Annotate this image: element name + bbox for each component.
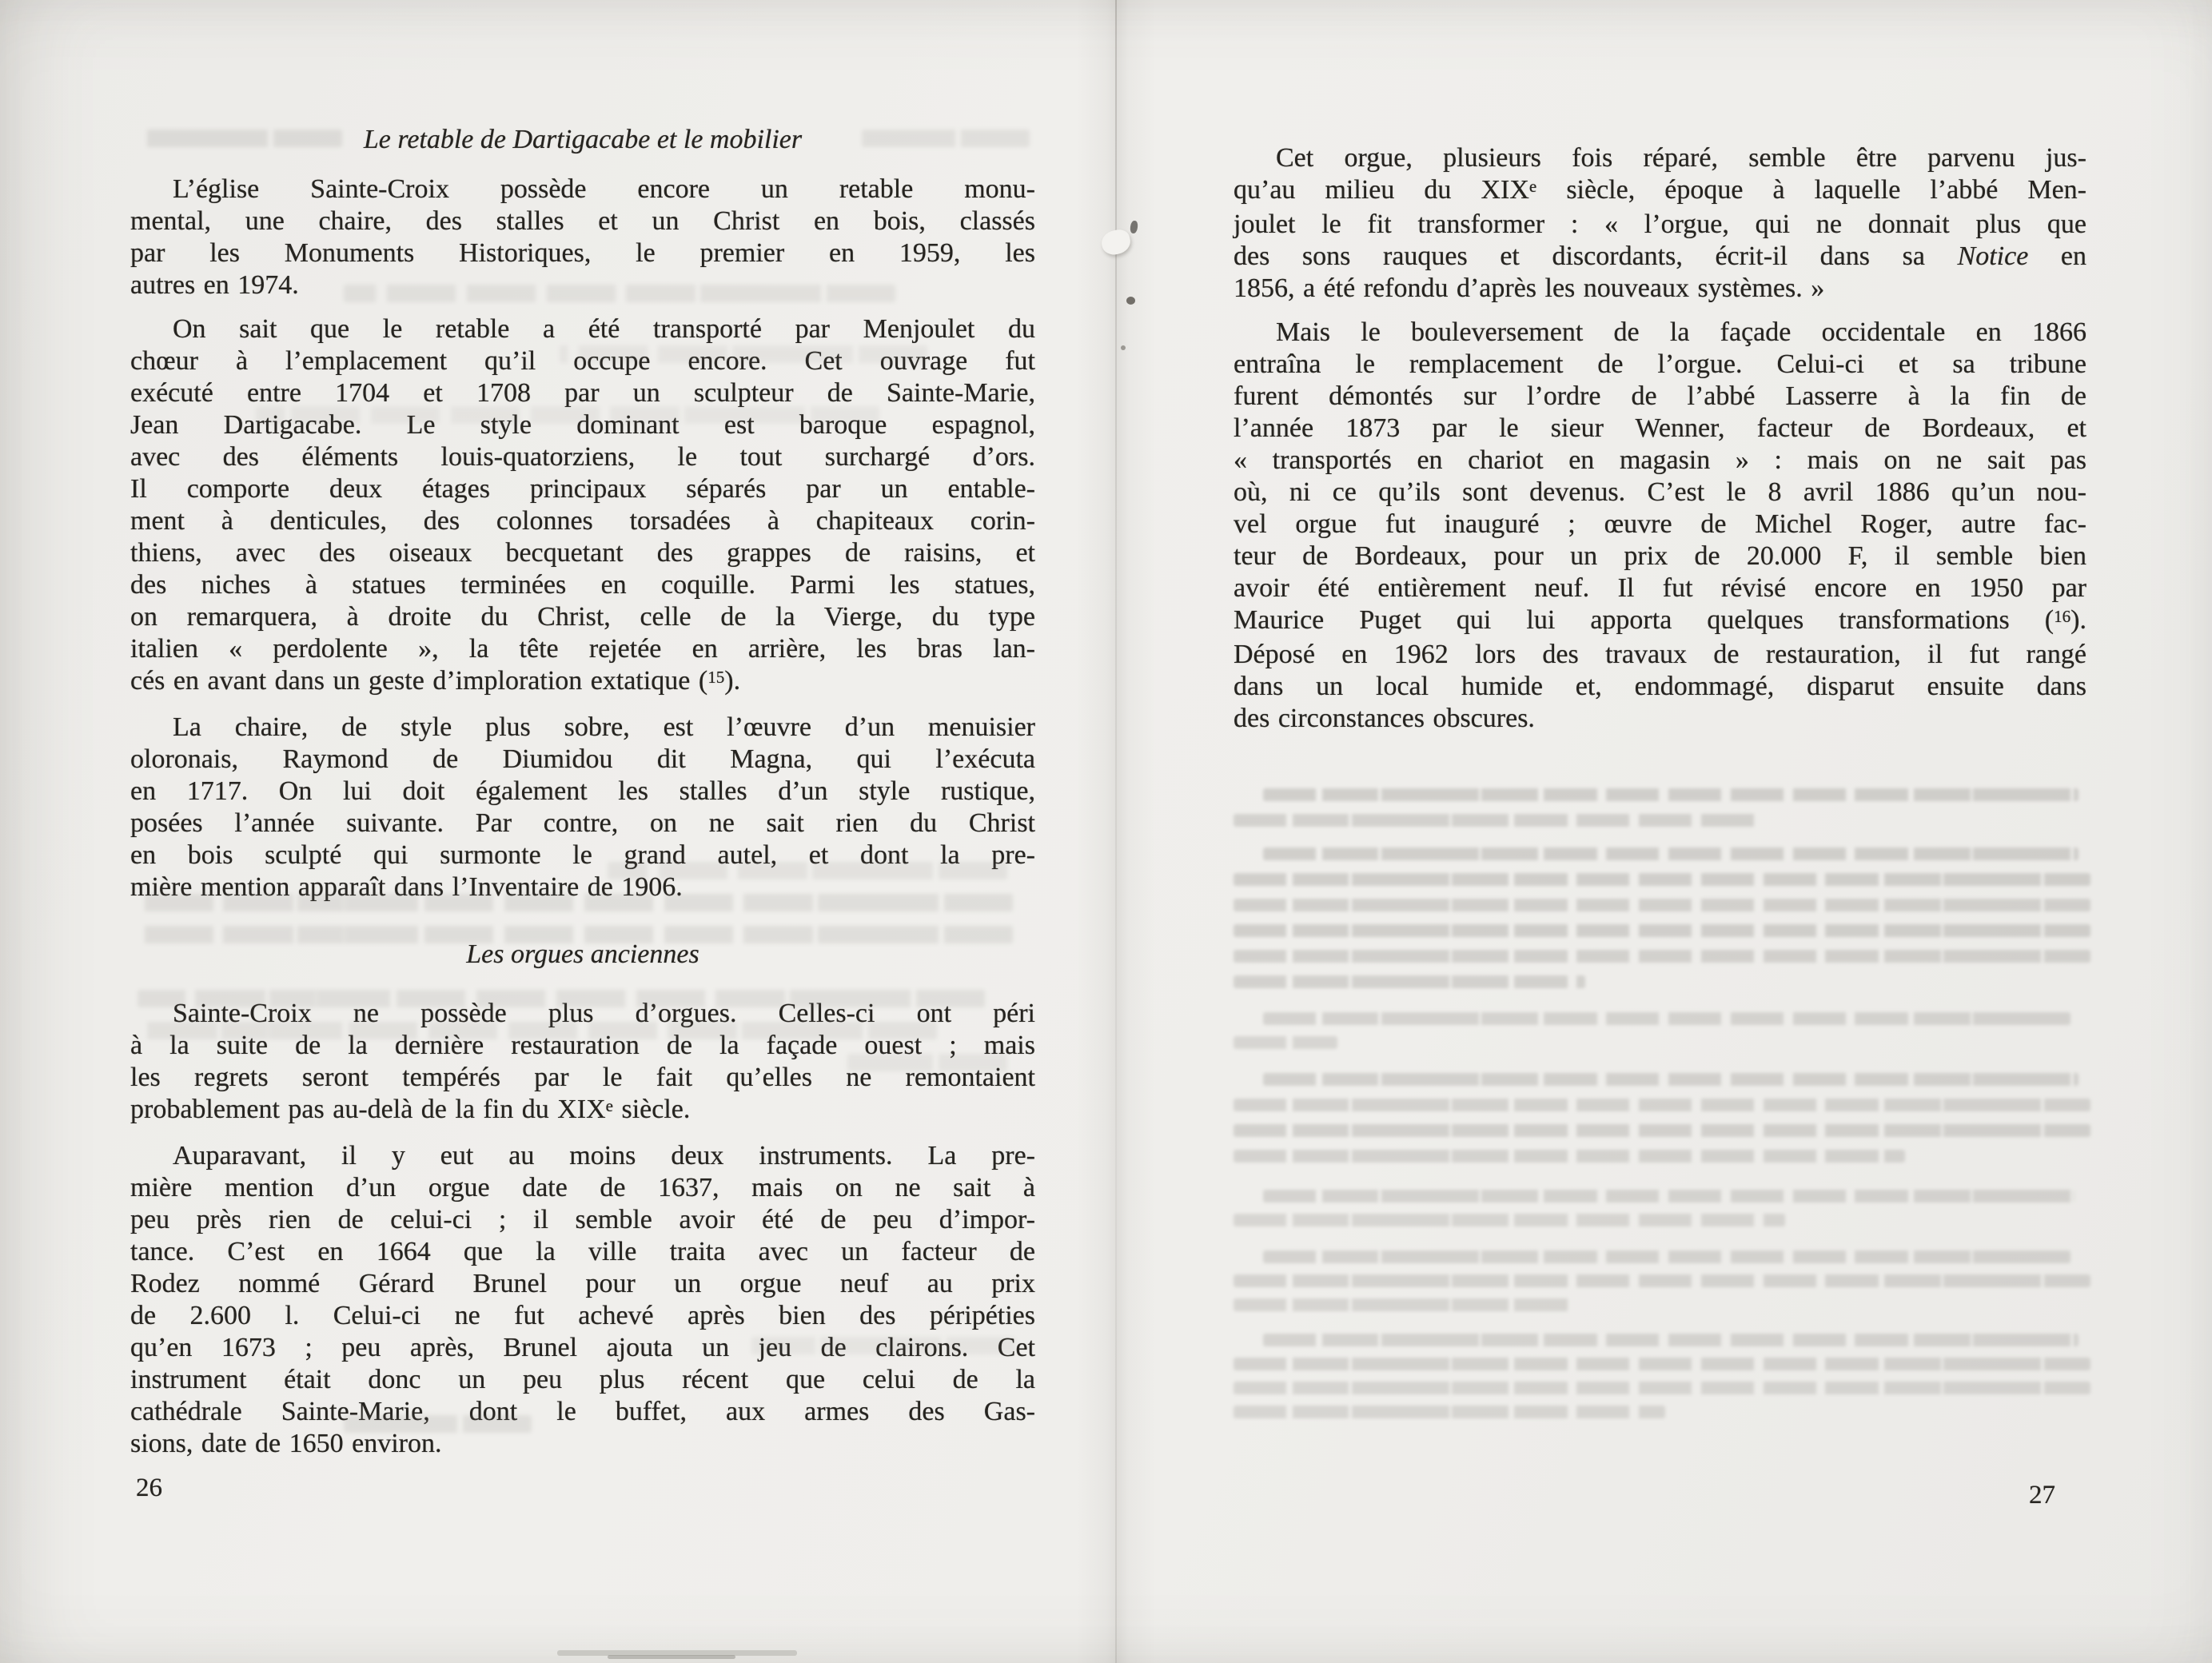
page-right: Cet orgue, plusieurs fois réparé, semble… xyxy=(1234,142,2086,747)
bleed-through-text xyxy=(1234,1124,2090,1137)
bleed-through-text xyxy=(1234,975,1585,988)
bleed-through-text xyxy=(1234,924,2090,937)
text-line: par les Monuments Historiques, le premie… xyxy=(130,237,1035,269)
text-line: des niches à statues terminées en coquil… xyxy=(130,569,1035,601)
bleed-through-text xyxy=(1234,950,2090,963)
text-line: Maurice Puget qui lui apporta quelques t… xyxy=(1234,604,2086,639)
text-line: La chaire, de style plus sobre, est l’œu… xyxy=(130,712,1035,744)
bleed-through-text xyxy=(142,130,342,147)
bleed-through-text xyxy=(1234,1274,2090,1287)
bleed-through-text xyxy=(1263,847,2078,860)
bleed-through-text xyxy=(1234,1382,2090,1394)
text-line: instrument était donc un peu plus récent… xyxy=(130,1364,1035,1396)
paragraph: On sait que le retable a été transporté … xyxy=(130,313,1035,700)
text-line: de 2.600 l. Celui-ci ne fut achevé après… xyxy=(130,1300,1035,1332)
text-line: posées l’année suivante. Par contre, on … xyxy=(130,808,1035,839)
text-line: entraîna le remplacement de l’orgue. Cel… xyxy=(1234,349,2086,381)
text-line: des sons rauques et discordants, écrit-i… xyxy=(1234,241,2086,273)
bleed-through-text xyxy=(138,990,985,1007)
text-line: oloronais, Raymond de Diumidou dit Magna… xyxy=(130,744,1035,776)
text-line: mental, une chaire, des stalles et un Ch… xyxy=(130,205,1035,237)
bleed-through-text xyxy=(1263,1250,2071,1263)
text-line: l’année 1873 par le sieur Wenner, facteu… xyxy=(1234,413,2086,445)
bleed-through-text xyxy=(1234,814,1761,827)
text-line: Déposé en 1962 lors des travaux de resta… xyxy=(1234,639,2086,671)
text-line: 1856, a été refondu d’après les nouveaux… xyxy=(1234,273,2086,305)
text-line: sions, date de 1650 environ. xyxy=(130,1428,1035,1460)
text-line: on remarquera, à droite du Christ, celle… xyxy=(130,601,1035,633)
text-line: peu près rien de celui-ci ; il semble av… xyxy=(130,1204,1035,1236)
text-line: thiens, avec des oiseaux becquetant des … xyxy=(130,537,1035,569)
bleed-through-text xyxy=(1234,1214,1785,1226)
text-line: tance. C’est en 1664 que la ville traita… xyxy=(130,1236,1035,1268)
page-left: Le retable de Dartigacabe et le mobilier… xyxy=(130,124,1035,1472)
page-number-left: 26 xyxy=(136,1474,162,1502)
text-line: Rodez nommé Gérard Brunel pour un orgue … xyxy=(130,1268,1035,1300)
bleed-through-text xyxy=(1234,1358,2090,1370)
bleed-through-text xyxy=(1234,1406,1665,1418)
bleed-through-text xyxy=(1234,1099,2090,1111)
bleed-through-text xyxy=(344,1415,532,1433)
scan-speck xyxy=(608,1655,735,1659)
scanned-book-spread: { "document_type": "Scanned book page sp… xyxy=(0,0,2212,1663)
bleed-through-text xyxy=(847,1054,1007,1071)
bleed-through-text xyxy=(1263,788,2078,801)
bleed-through-text xyxy=(1234,873,2090,886)
text-line: cathédrale Sainte-Marie, dont le buffet,… xyxy=(130,1396,1035,1428)
text-line: exécuté entre 1704 et 1708 par un sculpt… xyxy=(130,377,1035,409)
text-block-orgue-suite: Cet orgue, plusieurs fois réparé, semble… xyxy=(1234,142,2086,735)
text-line: L’église Sainte-Croix possède encore un … xyxy=(130,173,1035,205)
text-block-retable: L’église Sainte-Croix possède encore un … xyxy=(130,173,1035,903)
bleed-through-text xyxy=(1234,899,2090,911)
text-line: furent démontés sur l’ordre de l’abbé La… xyxy=(1234,381,2086,413)
bleed-through-text xyxy=(138,1022,937,1039)
scan-speck xyxy=(1121,345,1126,350)
text-line: joulet le fit transformer : « l’orgue, q… xyxy=(1234,209,2086,241)
paragraph: Auparavant, il y eut au moins deux instr… xyxy=(130,1140,1035,1460)
text-line: teur de Bordeaux, pour un prix de 20.000… xyxy=(1234,540,2086,572)
text-line: ment à denticules, des colonnes torsadée… xyxy=(130,505,1035,537)
text-line: dans un local humide et, endommagé, disp… xyxy=(1234,671,2086,703)
text-line: probablement pas au-delà de la fin du XI… xyxy=(130,1094,1035,1128)
text-line: Cet orgue, plusieurs fois réparé, semble… xyxy=(1234,142,2086,174)
scan-speck xyxy=(1126,297,1135,305)
text-line: mière mention d’un orgue date de 1637, m… xyxy=(130,1172,1035,1204)
text-line: Il comporte deux étages principaux sépar… xyxy=(130,473,1035,505)
bleed-through-text xyxy=(1263,1190,2074,1202)
bleed-through-text xyxy=(862,130,1030,147)
bleed-through-text xyxy=(608,862,1007,879)
text-line: avec des éléments louis-quatorziens, le … xyxy=(130,441,1035,473)
bleed-through-text xyxy=(1263,1334,2078,1346)
paragraph: L’église Sainte-Croix possède encore un … xyxy=(130,173,1035,301)
bleed-through-text xyxy=(1263,1012,2071,1025)
bleed-through-text xyxy=(751,1337,1015,1354)
text-line: Auparavant, il y eut au moins deux instr… xyxy=(130,1140,1035,1172)
text-line: vel orgue fut inauguré ; œuvre de Michel… xyxy=(1234,508,2086,540)
text-line: « transportés en chariot en magasin » : … xyxy=(1234,445,2086,477)
paragraph: Mais le bouleversement de la façade occi… xyxy=(1234,317,2086,735)
text-line: où, ni ce qu’ils sont devenus. C’est le … xyxy=(1234,477,2086,508)
bleed-through-text xyxy=(138,894,1013,911)
bleed-through-text xyxy=(560,345,927,363)
bleed-through-text xyxy=(1263,1073,2078,1086)
text-line: On sait que le retable a été transporté … xyxy=(130,313,1035,345)
text-line: en 1717. On lui doit également les stall… xyxy=(130,776,1035,808)
bleed-through-text xyxy=(256,406,879,424)
page-number-right: 27 xyxy=(2029,1481,2055,1509)
paragraph: Cet orgue, plusieurs fois réparé, semble… xyxy=(1234,142,2086,305)
text-line: avoir été entièrement neuf. Il fut révis… xyxy=(1234,572,2086,604)
bleed-through-text xyxy=(1234,1298,1569,1311)
text-line: italien « perdolente », la tête rejetée … xyxy=(130,633,1035,665)
bleed-through-text xyxy=(138,926,1013,943)
bleed-through-text xyxy=(1234,1150,1905,1163)
text-line: Mais le bouleversement de la façade occi… xyxy=(1234,317,2086,349)
text-line: qu’au milieu du XIXe siècle, époque à la… xyxy=(1234,174,2086,209)
text-line: cés en avant dans un geste d’imploration… xyxy=(130,665,1035,700)
bleed-through-text xyxy=(344,285,895,302)
text-line: des circonstances obscures. xyxy=(1234,703,2086,735)
bleed-through-text xyxy=(1234,1036,1337,1049)
section-heading-orgues: Les orgues anciennes xyxy=(130,939,1035,971)
